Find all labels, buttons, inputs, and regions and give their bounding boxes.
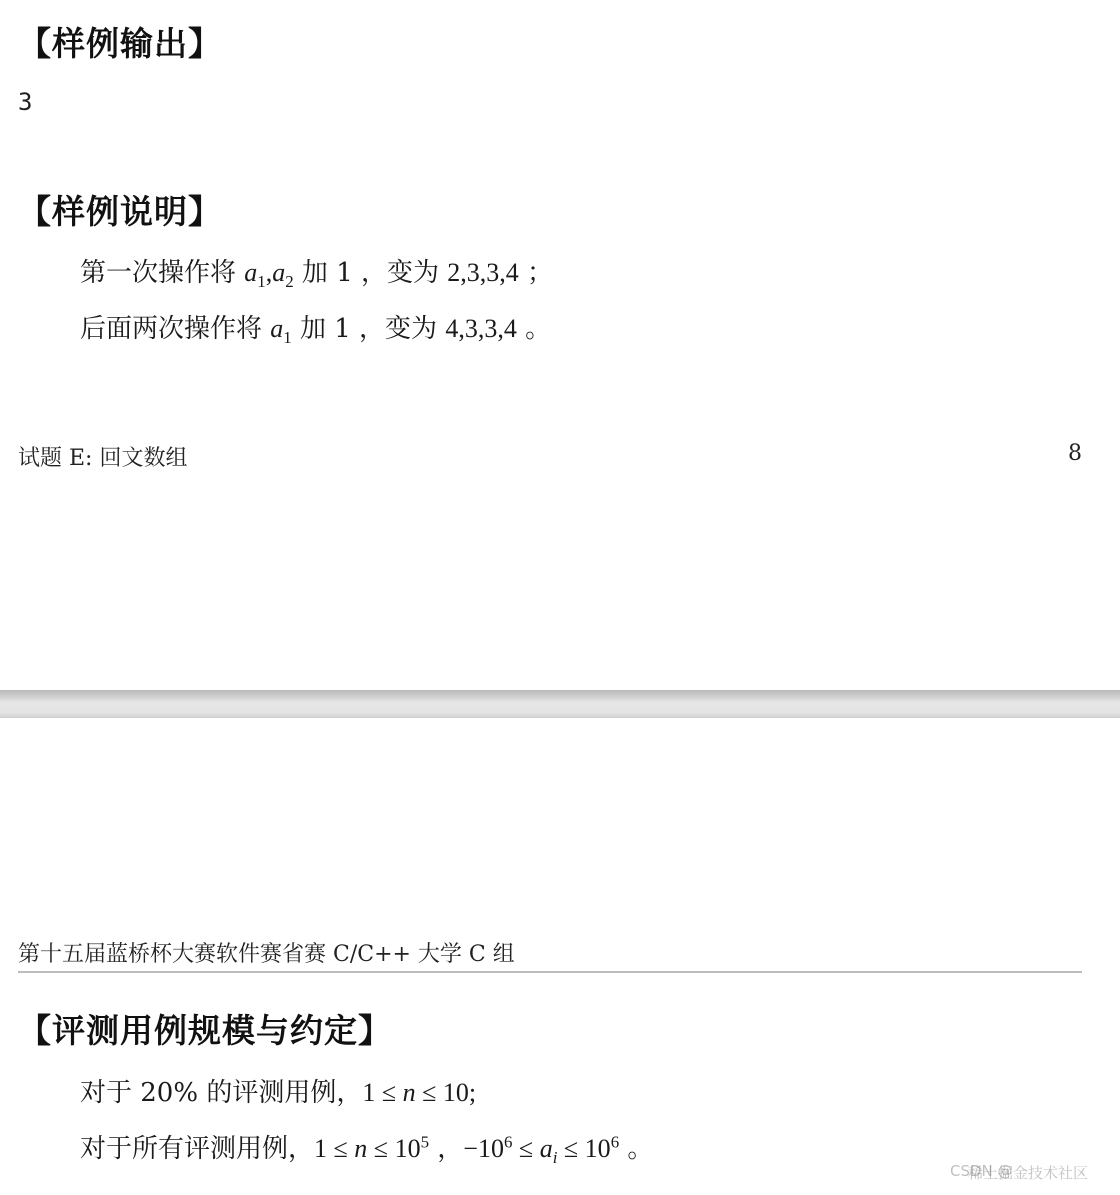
page-header: 第十五届蓝桥杯大赛软件赛省赛 C/C++ 大学 C 组 — [18, 937, 515, 968]
header-rule — [18, 971, 1082, 973]
sample-output-value: 3 — [18, 88, 32, 116]
line1-result: 2,3,3,4 — [447, 258, 519, 287]
line2-prefix: 后面两次操作将 — [80, 314, 270, 344]
var-n: n — [403, 1078, 416, 1107]
constraints-heading: 【评测用例规模与约定】 — [18, 1005, 392, 1052]
sample-output-heading: 【样例输出】 — [18, 18, 222, 65]
separator: ， — [429, 1134, 463, 1164]
explanation-line-2: 后面两次操作将 a1 加 1 ，变为 4,3,3,4 。 — [80, 308, 551, 348]
line1-middle: 加 1 ，变为 — [294, 258, 448, 288]
var-a: a — [270, 314, 283, 343]
subscript: 1 — [257, 272, 265, 291]
expr: 1 ≤ — [314, 1134, 354, 1163]
line1-prefix: 第一次操作将 — [80, 258, 244, 288]
constraint-line-2: 对于所有评测用例，1 ≤ n ≤ 105 ，−106 ≤ ai ≤ 106 。 — [80, 1128, 653, 1168]
expr: ≤ — [512, 1134, 539, 1163]
explanation-line-1: 第一次操作将 a1,a2 加 1 ，变为 2,3,3,4 ； — [80, 252, 553, 292]
page-number: 8 — [1068, 441, 1082, 466]
line2-end: 。 — [517, 314, 551, 344]
expr: 1 ≤ — [362, 1078, 402, 1107]
page-separator — [0, 690, 1120, 718]
var-a: a — [272, 258, 285, 287]
expr-end: ≤ 10; — [416, 1078, 477, 1107]
line1-prefix: 对于 20% 的评测用例， — [80, 1078, 362, 1108]
exponent: 5 — [421, 1132, 429, 1151]
line1-end: ； — [519, 258, 553, 288]
subscript: 2 — [285, 272, 293, 291]
expr: ≤ 10 — [557, 1134, 610, 1163]
line2-end: 。 — [619, 1134, 653, 1164]
expr: ≤ 10 — [367, 1134, 420, 1163]
watermark-text-b: 稀土掘金技术社区 — [968, 1162, 1088, 1183]
expr: −10 — [463, 1134, 504, 1163]
line2-prefix: 对于所有评测用例， — [80, 1134, 314, 1164]
sample-explanation-heading: 【样例说明】 — [18, 186, 222, 233]
exponent: 6 — [611, 1132, 619, 1151]
page-footer-title: 试题 E: 回文数组 — [18, 441, 187, 472]
var-a: a — [540, 1134, 553, 1163]
line2-result: 4,3,3,4 — [445, 314, 517, 343]
constraint-line-1: 对于 20% 的评测用例，1 ≤ n ≤ 10; — [80, 1072, 476, 1109]
var-n: n — [354, 1134, 367, 1163]
subscript: 1 — [283, 328, 291, 347]
line2-middle: 加 1 ，变为 — [292, 314, 446, 344]
var-a: a — [244, 258, 257, 287]
